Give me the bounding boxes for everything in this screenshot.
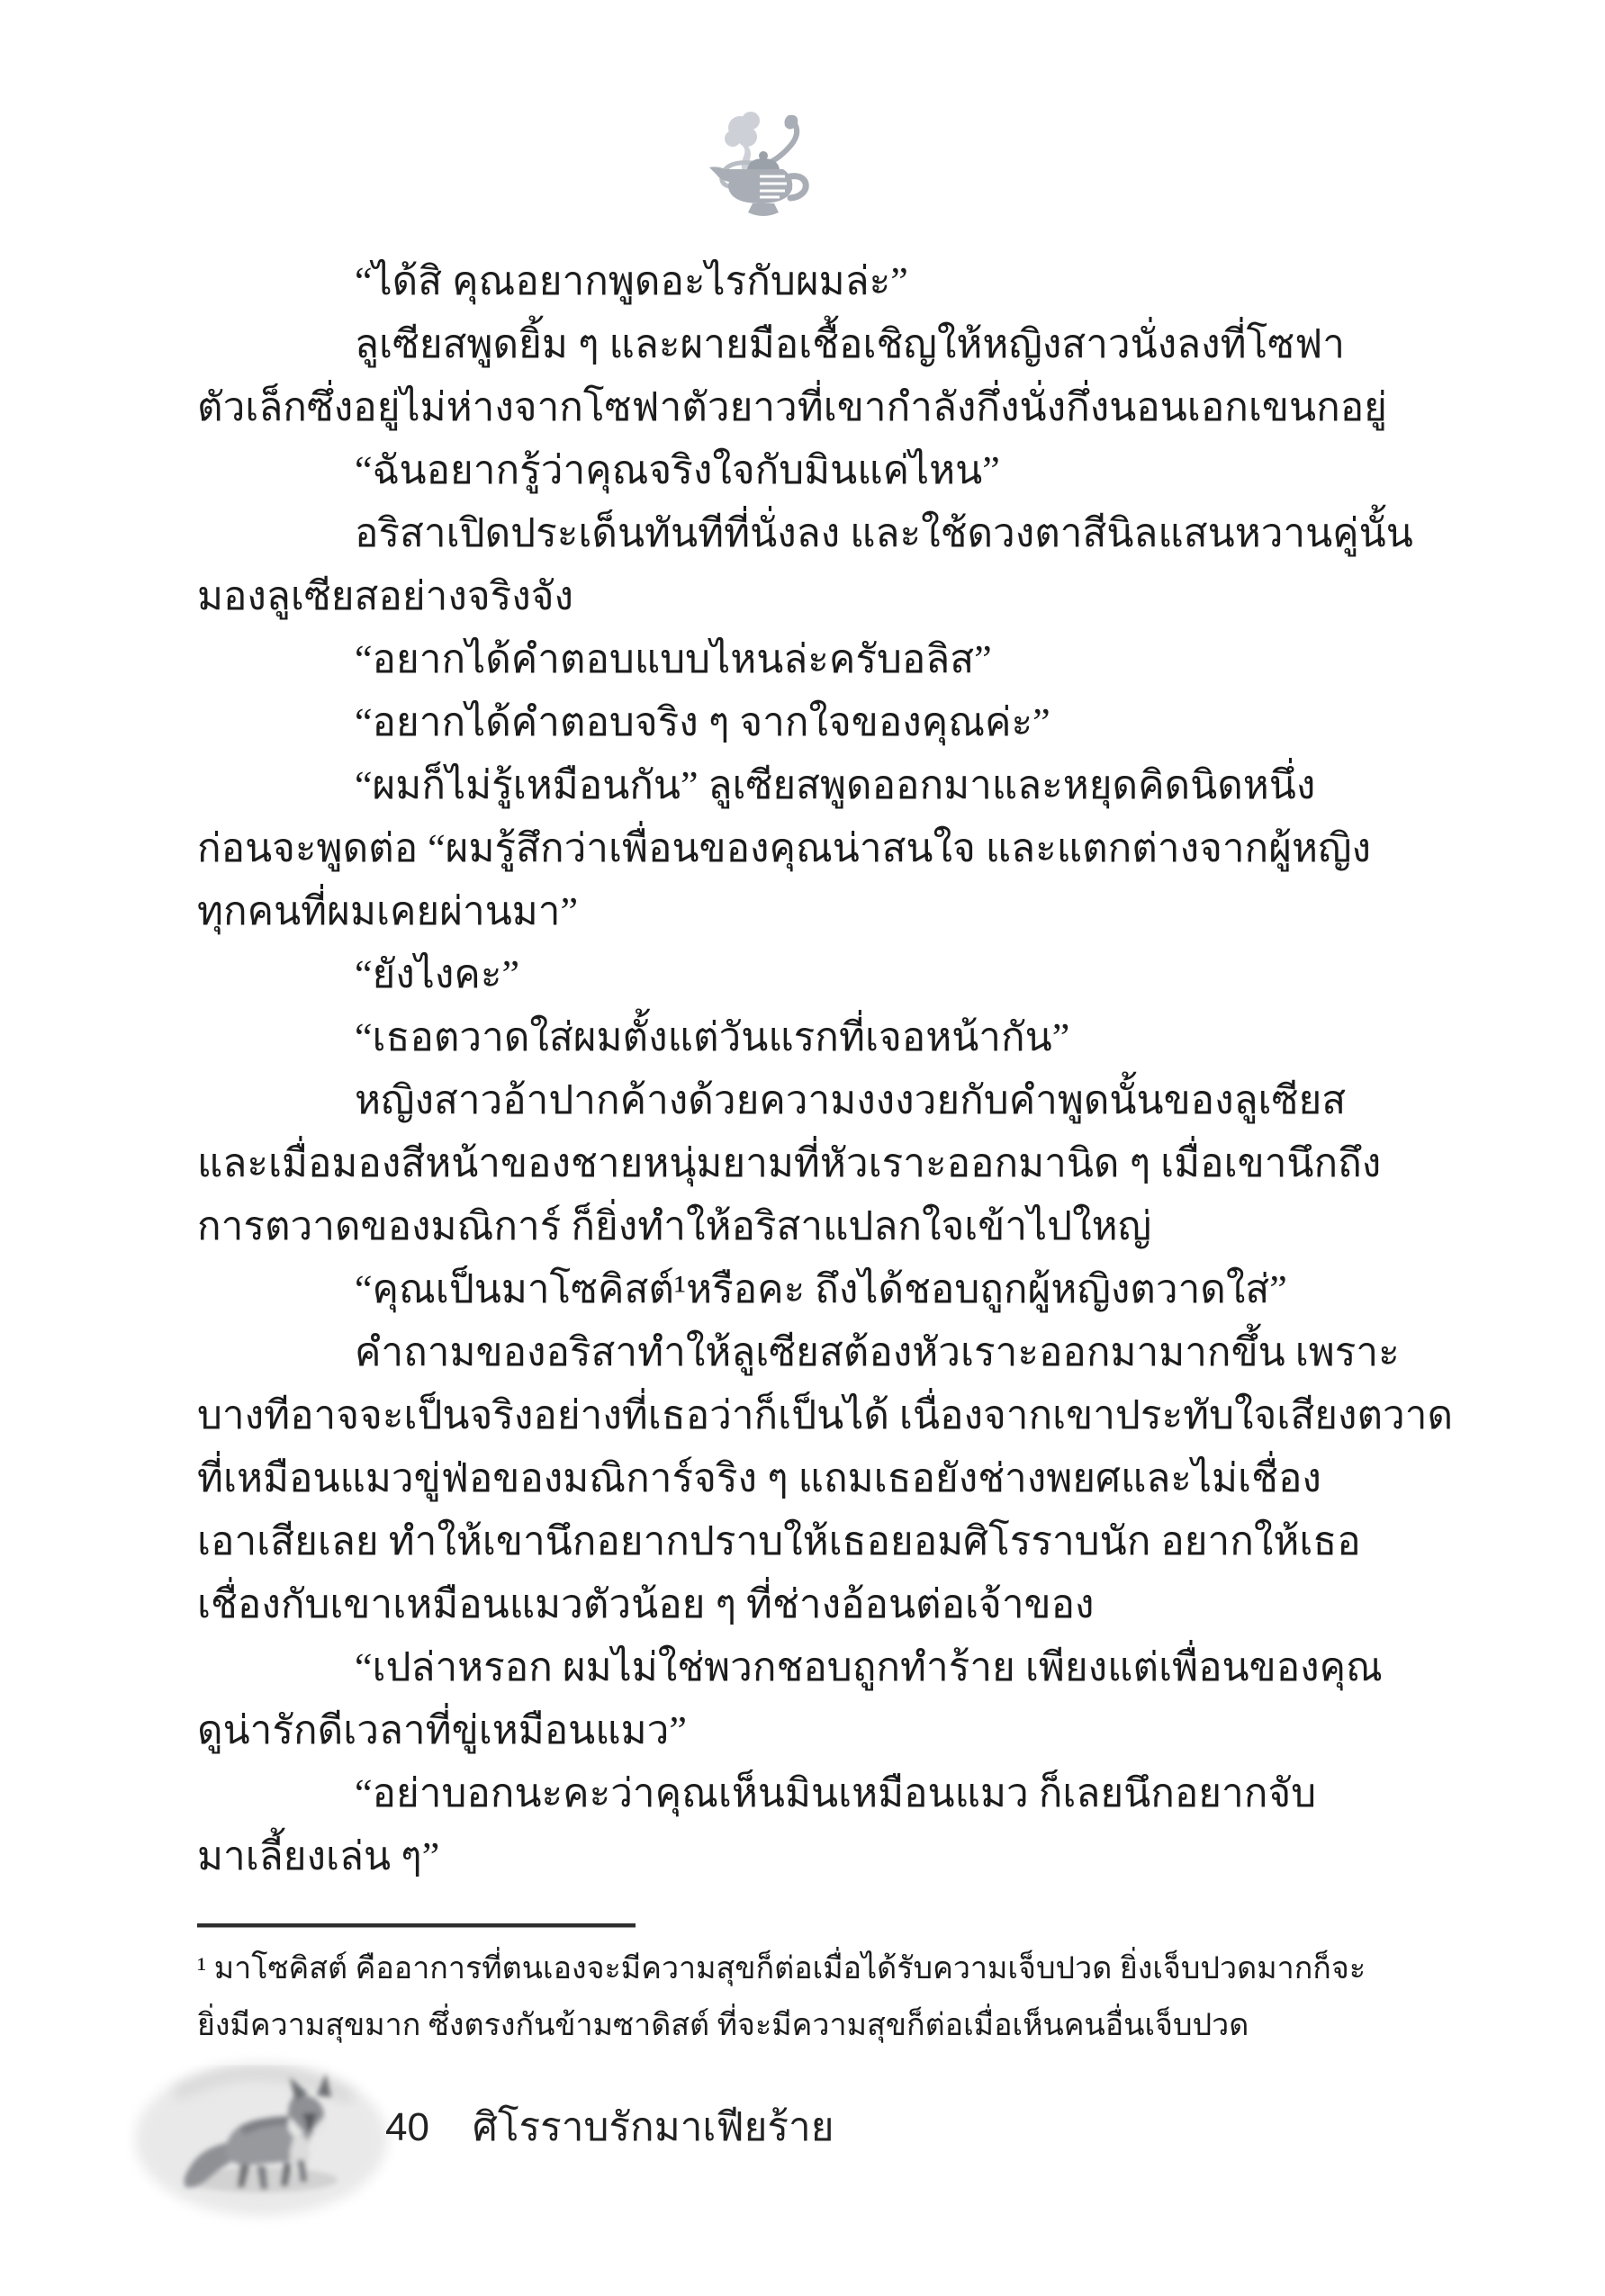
text-line: ลูเซียสพูดยิ้ม ๆ และผายมือเชื้อเชิญให้หญ… (197, 313, 1339, 376)
page-footer: 40 ศิโรราบรักมาเฟียร้าย (385, 2104, 834, 2151)
text-line: มองลูเซียสอย่างจริงจัง (197, 565, 1339, 628)
novel-text: “ได้สิ คุณอยากพูดอะไรกับผมล่ะ”ลูเซียสพูด… (197, 250, 1339, 1888)
text-line: “ผมก็ไม่รู้เหมือนกัน” ลูเซียสพูดออกมาและ… (197, 754, 1339, 817)
text-line: และเมื่อมองสีหน้าของชายหนุ่มยามที่หัวเรา… (197, 1132, 1339, 1195)
text-line: “เปล่าหรอก ผมไม่ใช่พวกชอบถูกทำร้าย เพียง… (197, 1636, 1339, 1699)
book-title: ศิโรราบรักมาเฟียร้าย (473, 2104, 834, 2151)
text-line: การตวาดของมณิการ์ ก็ยิ่งทำให้อริสาแปลกใจ… (197, 1195, 1339, 1258)
footnote-line: ¹ มาโซคิสต์ คืออาการที่ตนเองจะมีความสุขก… (197, 1940, 1394, 1997)
text-line: ดูน่ารักดีเวลาที่ขู่เหมือนแมว” (197, 1699, 1339, 1762)
book-page: “ได้สิ คุณอยากพูดอะไรกับผมล่ะ”ลูเซียสพูด… (0, 0, 1605, 2296)
footnote-divider (197, 1923, 636, 1928)
text-line: คำถามของอริสาทำให้ลูเซียสต้องหัวเราะออกม… (197, 1321, 1339, 1384)
text-line: “อยากได้คำตอบแบบไหนล่ะครับอลิส” (197, 628, 1339, 691)
text-line: มาเลี้ยงเล่น ๆ” (197, 1825, 1339, 1888)
text-line: ก่อนจะพูดต่อ “ผมรู้สึกว่าเพื่อนของคุณน่า… (197, 817, 1339, 880)
text-line: เชื่องกับเขาเหมือนแมวตัวน้อย ๆ ที่ช่างอ้… (197, 1573, 1339, 1636)
text-line: “คุณเป็นมาโซคิสต์¹หรือคะ ถึงได้ชอบถูกผู้… (197, 1258, 1339, 1321)
page-number: 40 (385, 2104, 429, 2151)
text-line: “ได้สิ คุณอยากพูดอะไรกับผมล่ะ” (197, 250, 1339, 313)
text-line: “อย่าบอกนะคะว่าคุณเห็นมินเหมือนแมว ก็เลย… (197, 1762, 1339, 1825)
text-line: เอาเสียเลย ทำให้เขานึกอยากปราบให้เธอยอมศ… (197, 1510, 1339, 1573)
text-line: “เธอตวาดใส่ผมตั้งแต่วันแรกที่เจอหน้ากัน” (197, 1006, 1339, 1069)
text-line: “ฉันอยากรู้ว่าคุณจริงใจกับมินแค่ไหน” (197, 439, 1339, 502)
text-line: บางทีอาจจะเป็นจริงอย่างที่เธอว่าก็เป็นได… (197, 1384, 1339, 1447)
text-line: “ยังไงคะ” (197, 943, 1339, 1006)
text-line: ที่เหมือนแมวขู่ฟ่อของมณิการ์จริง ๆ แถมเธ… (197, 1447, 1339, 1510)
fox-illustration (126, 2045, 396, 2238)
genie-lamp-icon (708, 106, 816, 223)
text-line: หญิงสาวอ้าปากค้างด้วยความงงงวยกับคำพูดนั… (197, 1069, 1339, 1132)
text-line: ตัวเล็กซึ่งอยู่ไม่ห่างจากโซฟาตัวยาวที่เข… (197, 376, 1339, 439)
text-line: อริสาเปิดประเด็นทันทีที่นั่งลง และใช้ดวง… (197, 502, 1339, 565)
text-line: ทุกคนที่ผมเคยผ่านมา” (197, 880, 1339, 943)
footnote: ¹ มาโซคิสต์ คืออาการที่ตนเองจะมีความสุขก… (197, 1940, 1394, 2054)
text-line: “อยากได้คำตอบจริง ๆ จากใจของคุณค่ะ” (197, 691, 1339, 754)
